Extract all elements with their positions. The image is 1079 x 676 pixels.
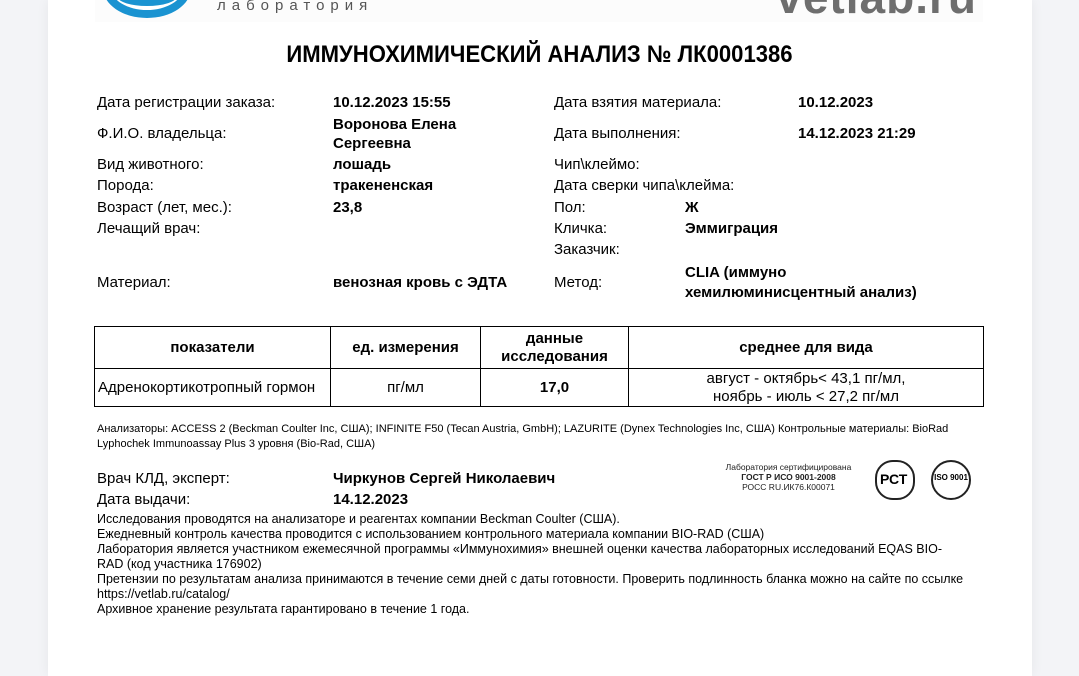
lab-logo-icon — [103, 0, 191, 18]
table-row: Адренокортикотропный гормон пг/мл 17,0 а… — [95, 369, 984, 407]
reference-line2: ноябрь - июль < 27,2 пг/мл — [632, 388, 980, 406]
sample-date-value: 10.12.2023 — [798, 93, 873, 112]
issue-date-label: Дата выдачи: — [97, 490, 190, 509]
issue-date-value: 14.12.2023 — [333, 490, 408, 509]
material-value: венозная кровь с ЭДТА — [333, 273, 507, 292]
cert-line2: ГОСТ Р ИСО 9001-2008 — [706, 472, 871, 482]
age-label: Возраст (лет, мес.): — [97, 198, 232, 217]
breed-label: Порода: — [97, 176, 154, 195]
done-date-value: 14.12.2023 21:29 — [798, 124, 916, 143]
header-reference: среднее для вида — [629, 327, 984, 369]
reference-line1: август - октябрь< 43,1 пг/мл, — [632, 370, 980, 388]
certification-text: Лаборатория сертифицирована ГОСТ Р ИСО 9… — [706, 462, 871, 492]
owner-label: Ф.И.О. владельца: — [97, 124, 227, 143]
sex-label: Пол: — [554, 198, 586, 217]
reg-date-label: Дата регистрации заказа: — [97, 93, 275, 112]
expert-label: Врач КЛД, эксперт: — [97, 469, 230, 488]
breed-value: тракененская — [333, 176, 433, 195]
indicator-cell: Адренокортикотропный гормон — [95, 369, 331, 407]
header-indicator: показатели — [95, 327, 331, 369]
owner-value-line1: Воронова Елена — [333, 115, 456, 134]
reg-date-value: 10.12.2023 15:55 — [333, 93, 451, 112]
sex-value: Ж — [685, 198, 699, 217]
note-4: Претензии по результатам анализа принима… — [97, 572, 967, 602]
document-title: ИММУНОХИМИЧЕСКИЙ АНАЛИЗ № ЛК0001386 — [43, 41, 1036, 69]
reference-cell: август - октябрь< 43,1 пг/мл, ноябрь - и… — [629, 369, 984, 407]
customer-label: Заказчик: — [554, 240, 620, 259]
note-2: Ежедневный контроль качества проводится … — [97, 527, 977, 542]
method-label: Метод: — [554, 273, 602, 292]
age-value: 23,8 — [333, 198, 362, 217]
note-3: Лаборатория является участником ежемесяч… — [97, 542, 947, 572]
chip-label: Чип\клеймо: — [554, 155, 640, 174]
logo-subtitle: лаборатория — [217, 0, 373, 14]
value-cell: 17,0 — [481, 369, 629, 407]
analyzers-note: Анализаторы: ACCESS 2 (Beckman Coulter I… — [97, 422, 987, 452]
name-label: Кличка: — [554, 219, 607, 238]
note-5: Архивное хранение результата гарантирова… — [97, 602, 977, 617]
chip-check-label: Дата сверки чипа\клейма: — [554, 176, 734, 195]
table-header-row: показатели ед. измерения данные исследов… — [95, 327, 984, 369]
owner-value-line2: Сергеевна — [333, 134, 411, 153]
material-label: Материал: — [97, 273, 171, 292]
header-value: данные исследования — [481, 327, 629, 369]
method-value-line1: CLIA (иммуно — [685, 263, 786, 282]
header-unit: ед. измерения — [331, 327, 481, 369]
done-date-label: Дата выполнения: — [554, 124, 681, 143]
sample-date-label: Дата взятия материала: — [554, 93, 721, 112]
name-value: Эммиграция — [685, 219, 778, 238]
doctor-label: Лечащий врач: — [97, 219, 200, 238]
cert-line3: РОСС RU.ИК76.К00071 — [706, 482, 871, 492]
method-value-line2: хемилюминисцентный анализ) — [685, 283, 917, 302]
notes-block: Исследования проводятся на анализаторе и… — [97, 512, 977, 617]
unit-cell: пг/мл — [331, 369, 481, 407]
cert-line1: Лаборатория сертифицирована — [706, 462, 871, 472]
results-table: показатели ед. измерения данные исследов… — [94, 326, 984, 407]
note-1: Исследования проводятся на анализаторе и… — [97, 512, 977, 527]
expert-value: Чиркунов Сергей Николаевич — [333, 469, 555, 488]
lab-logo-banner: лаборатория vetlab.ru — [95, 0, 983, 22]
iso-seal-icon: ISO 9001 — [931, 460, 971, 500]
rst-seal-icon: РСТ — [875, 460, 915, 500]
species-label: Вид животного: — [97, 155, 204, 174]
species-value: лошадь — [333, 155, 391, 174]
logo-site-name: vetlab.ru — [776, 0, 977, 22]
